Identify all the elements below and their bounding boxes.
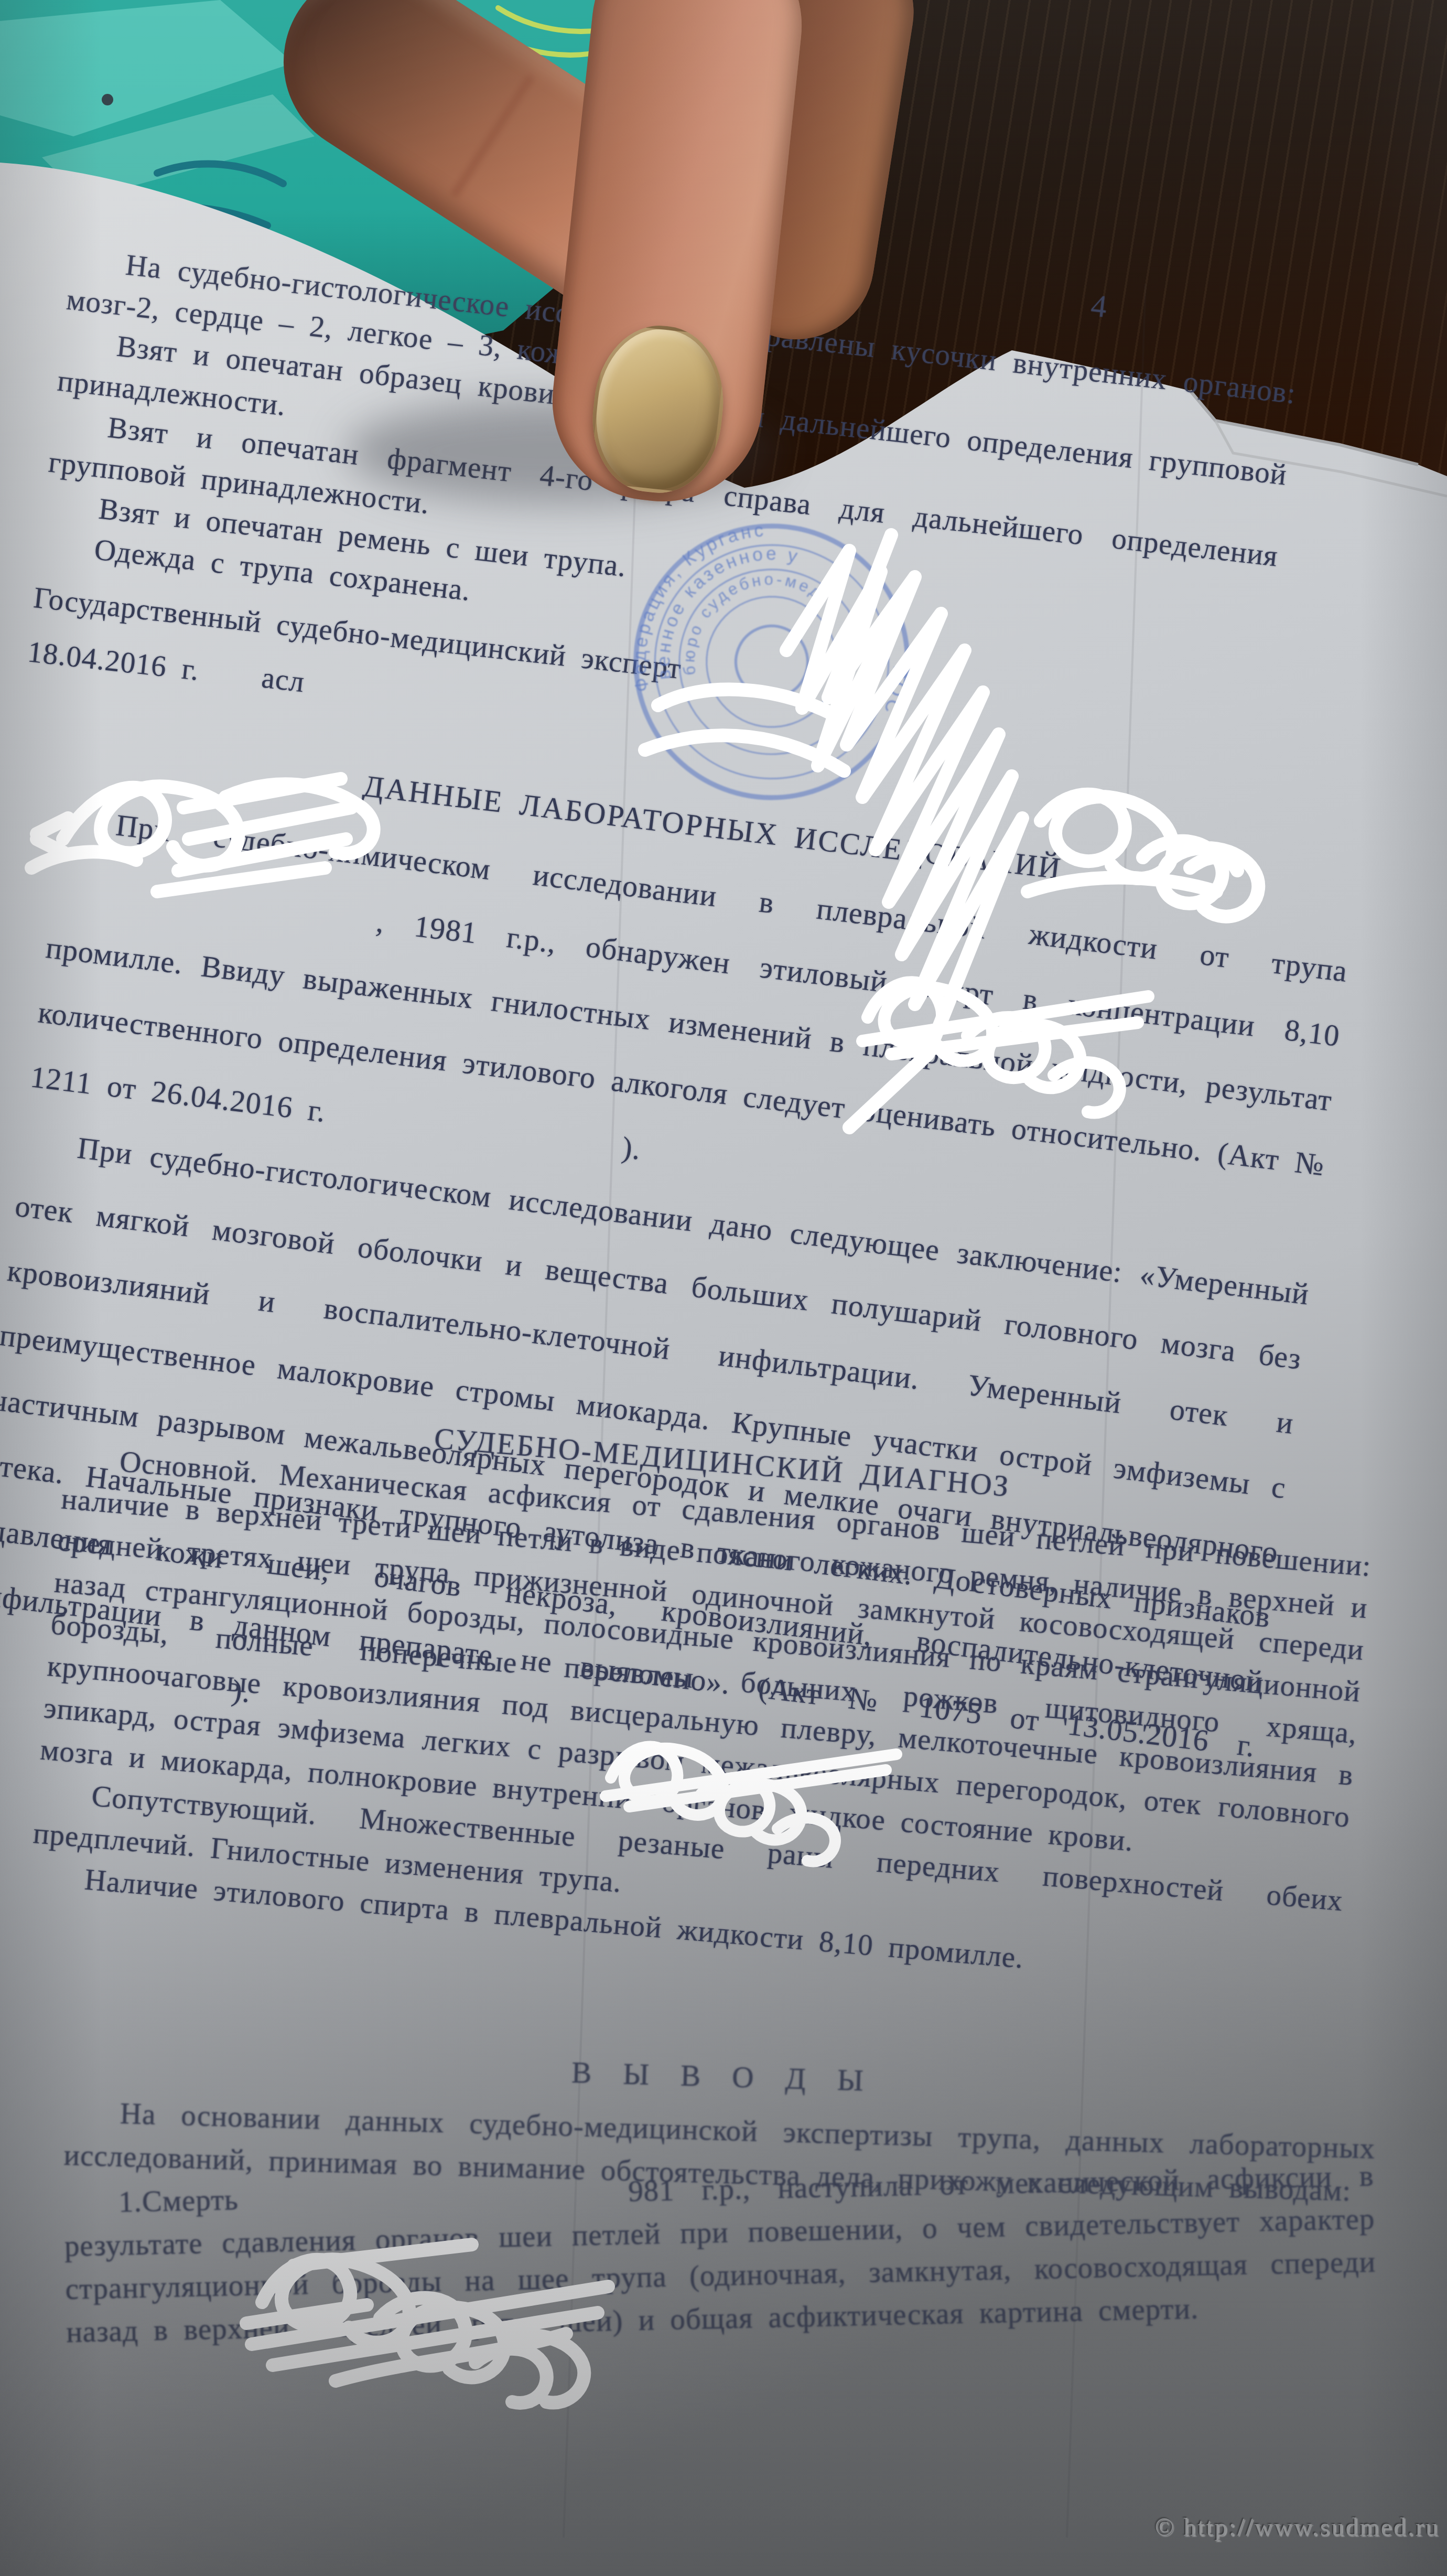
redaction-scribble-act-1211 — [862, 982, 1148, 1112]
redaction-scribble-conclusion-name — [246, 2245, 608, 2403]
redaction-scribble-name-lab — [31, 779, 374, 892]
redaction-scribble-signature — [645, 535, 1258, 1128]
watermark: © http://www.sudmed.ru — [1155, 2513, 1440, 2542]
redaction-overlay — [0, 0, 1447, 2576]
redaction-scribble-act-1075 — [606, 1747, 897, 1862]
screenshot-root: На судебно-гистологическое исследование … — [0, 0, 1447, 2576]
